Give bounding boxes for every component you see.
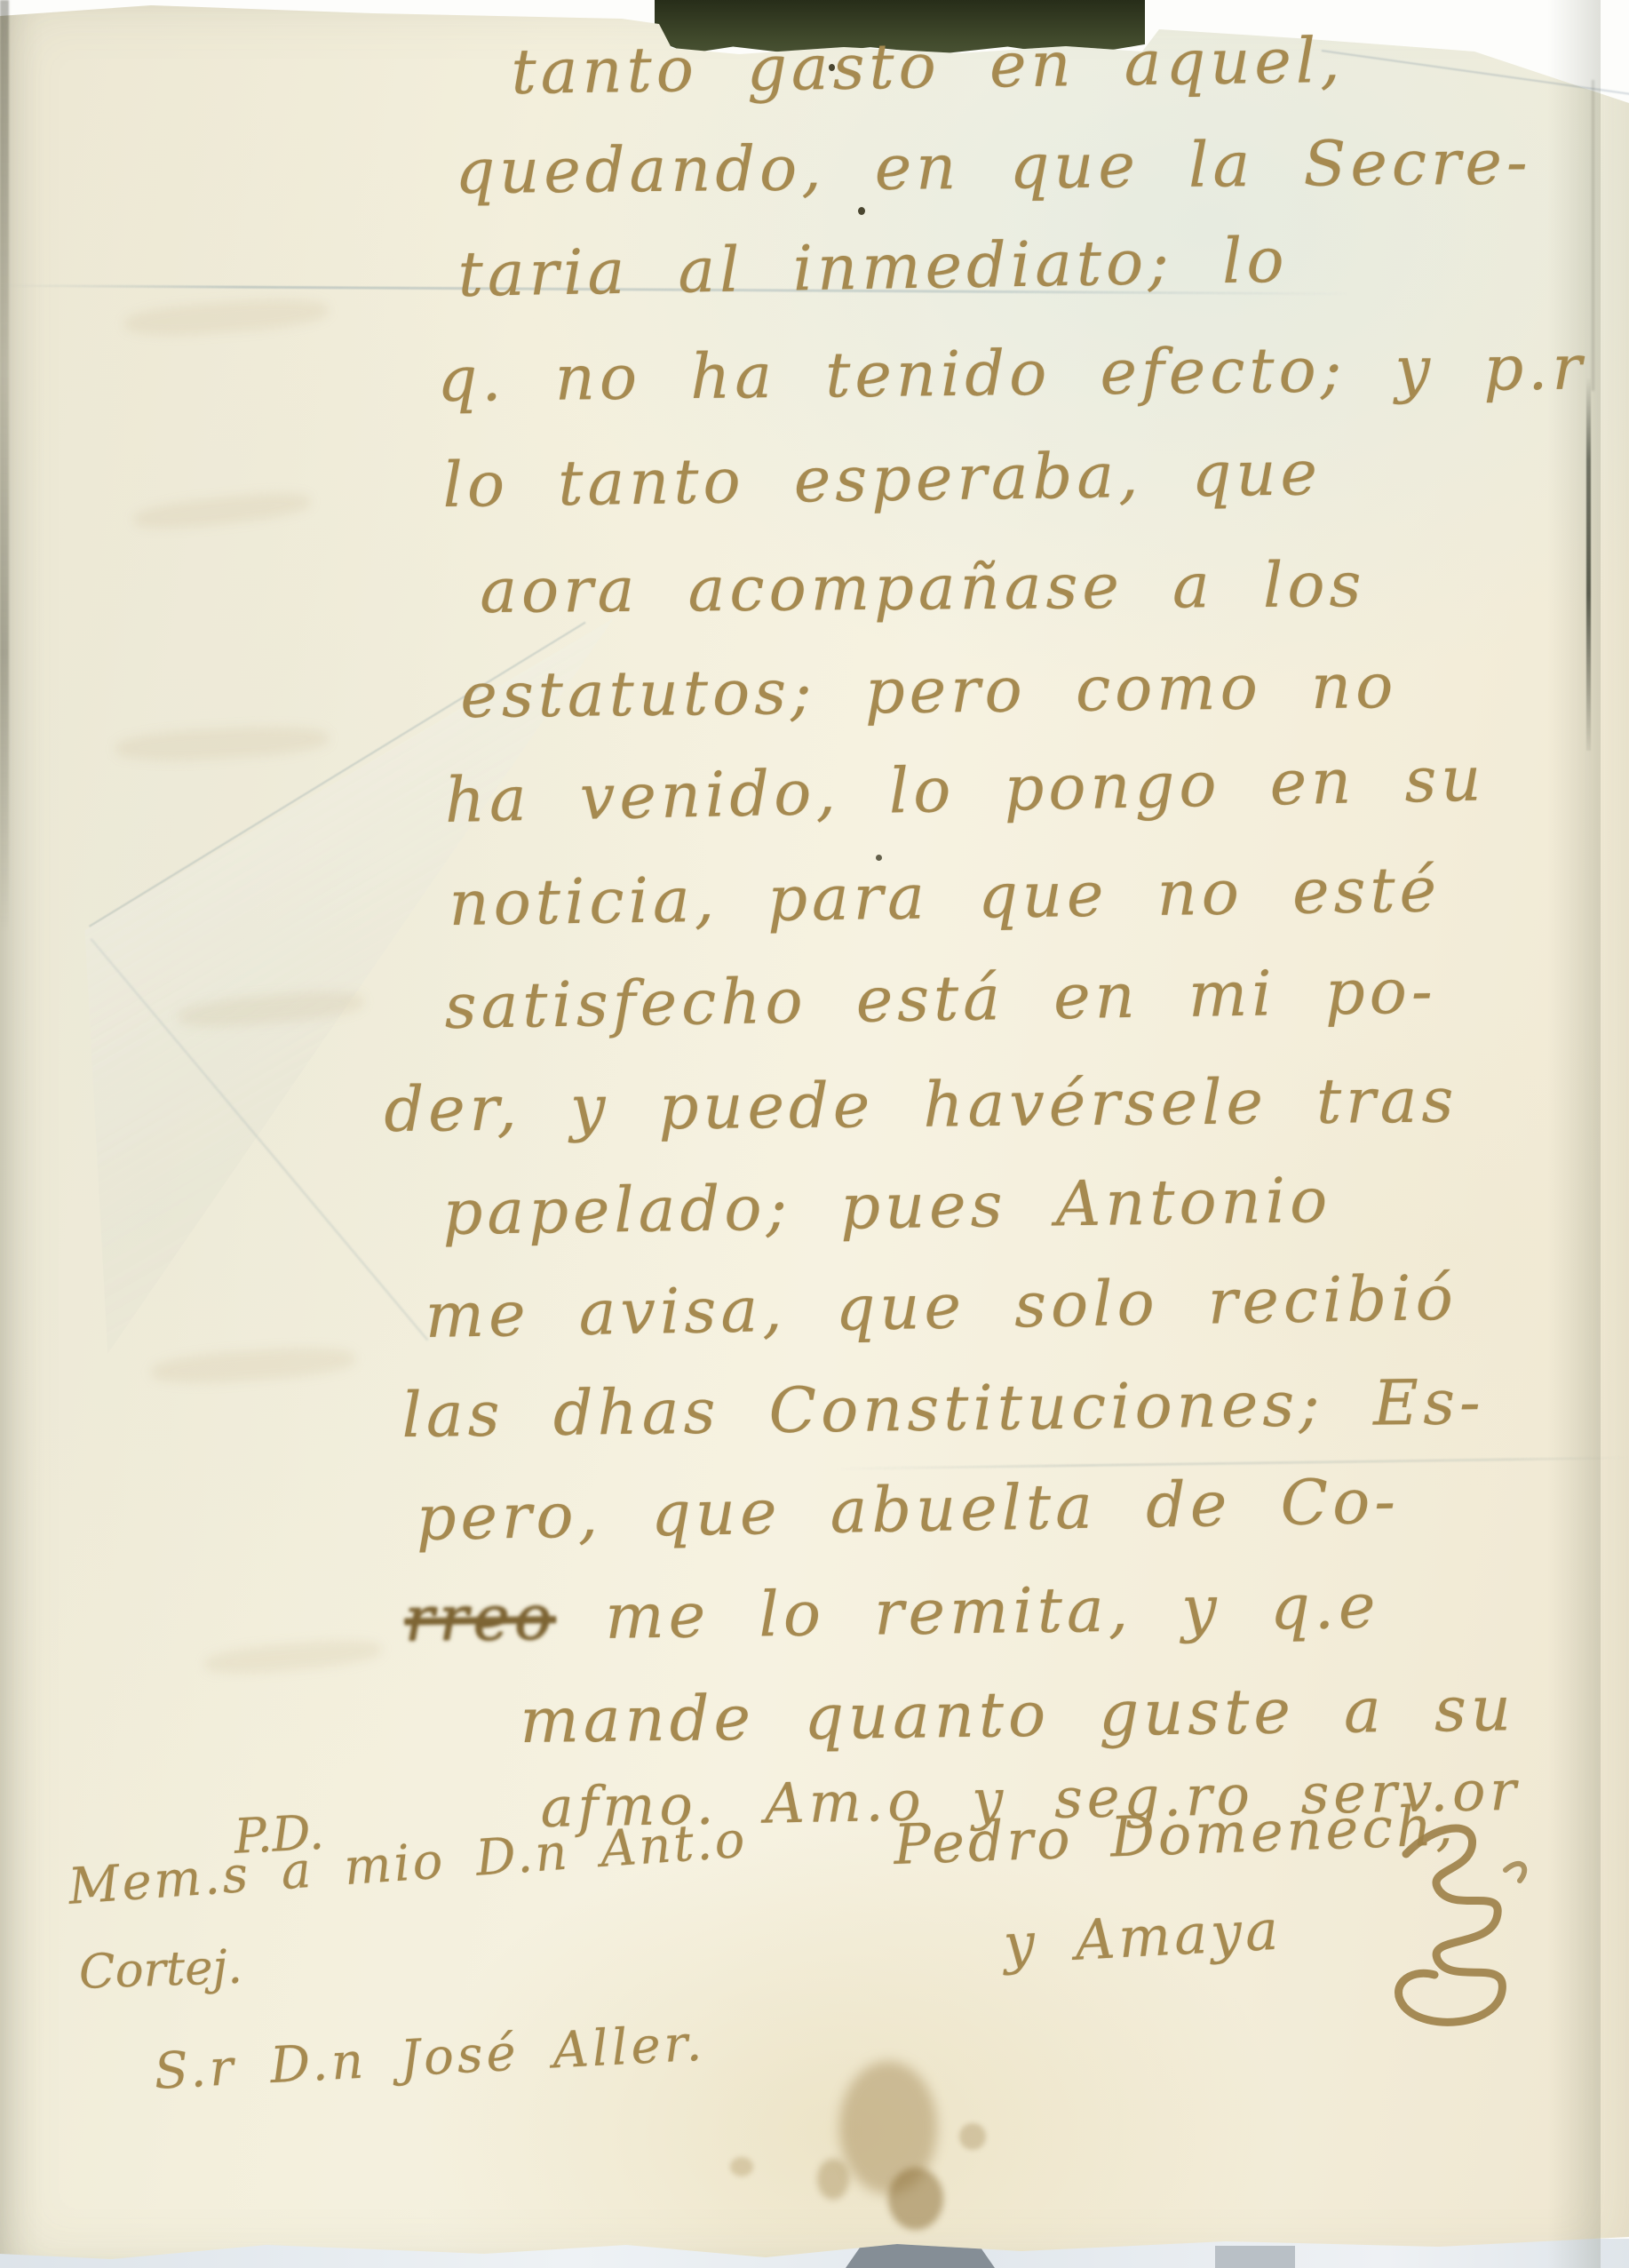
ink-speck xyxy=(829,64,835,71)
ink-speck xyxy=(876,855,882,861)
letter-paper-sheet xyxy=(0,0,1629,2268)
ink-speck xyxy=(858,207,865,215)
scanned-letter-page: tanto gasto en aquel, quedando, en que l… xyxy=(0,0,1629,2268)
scanner-strip-chip-light xyxy=(1215,2246,1295,2268)
